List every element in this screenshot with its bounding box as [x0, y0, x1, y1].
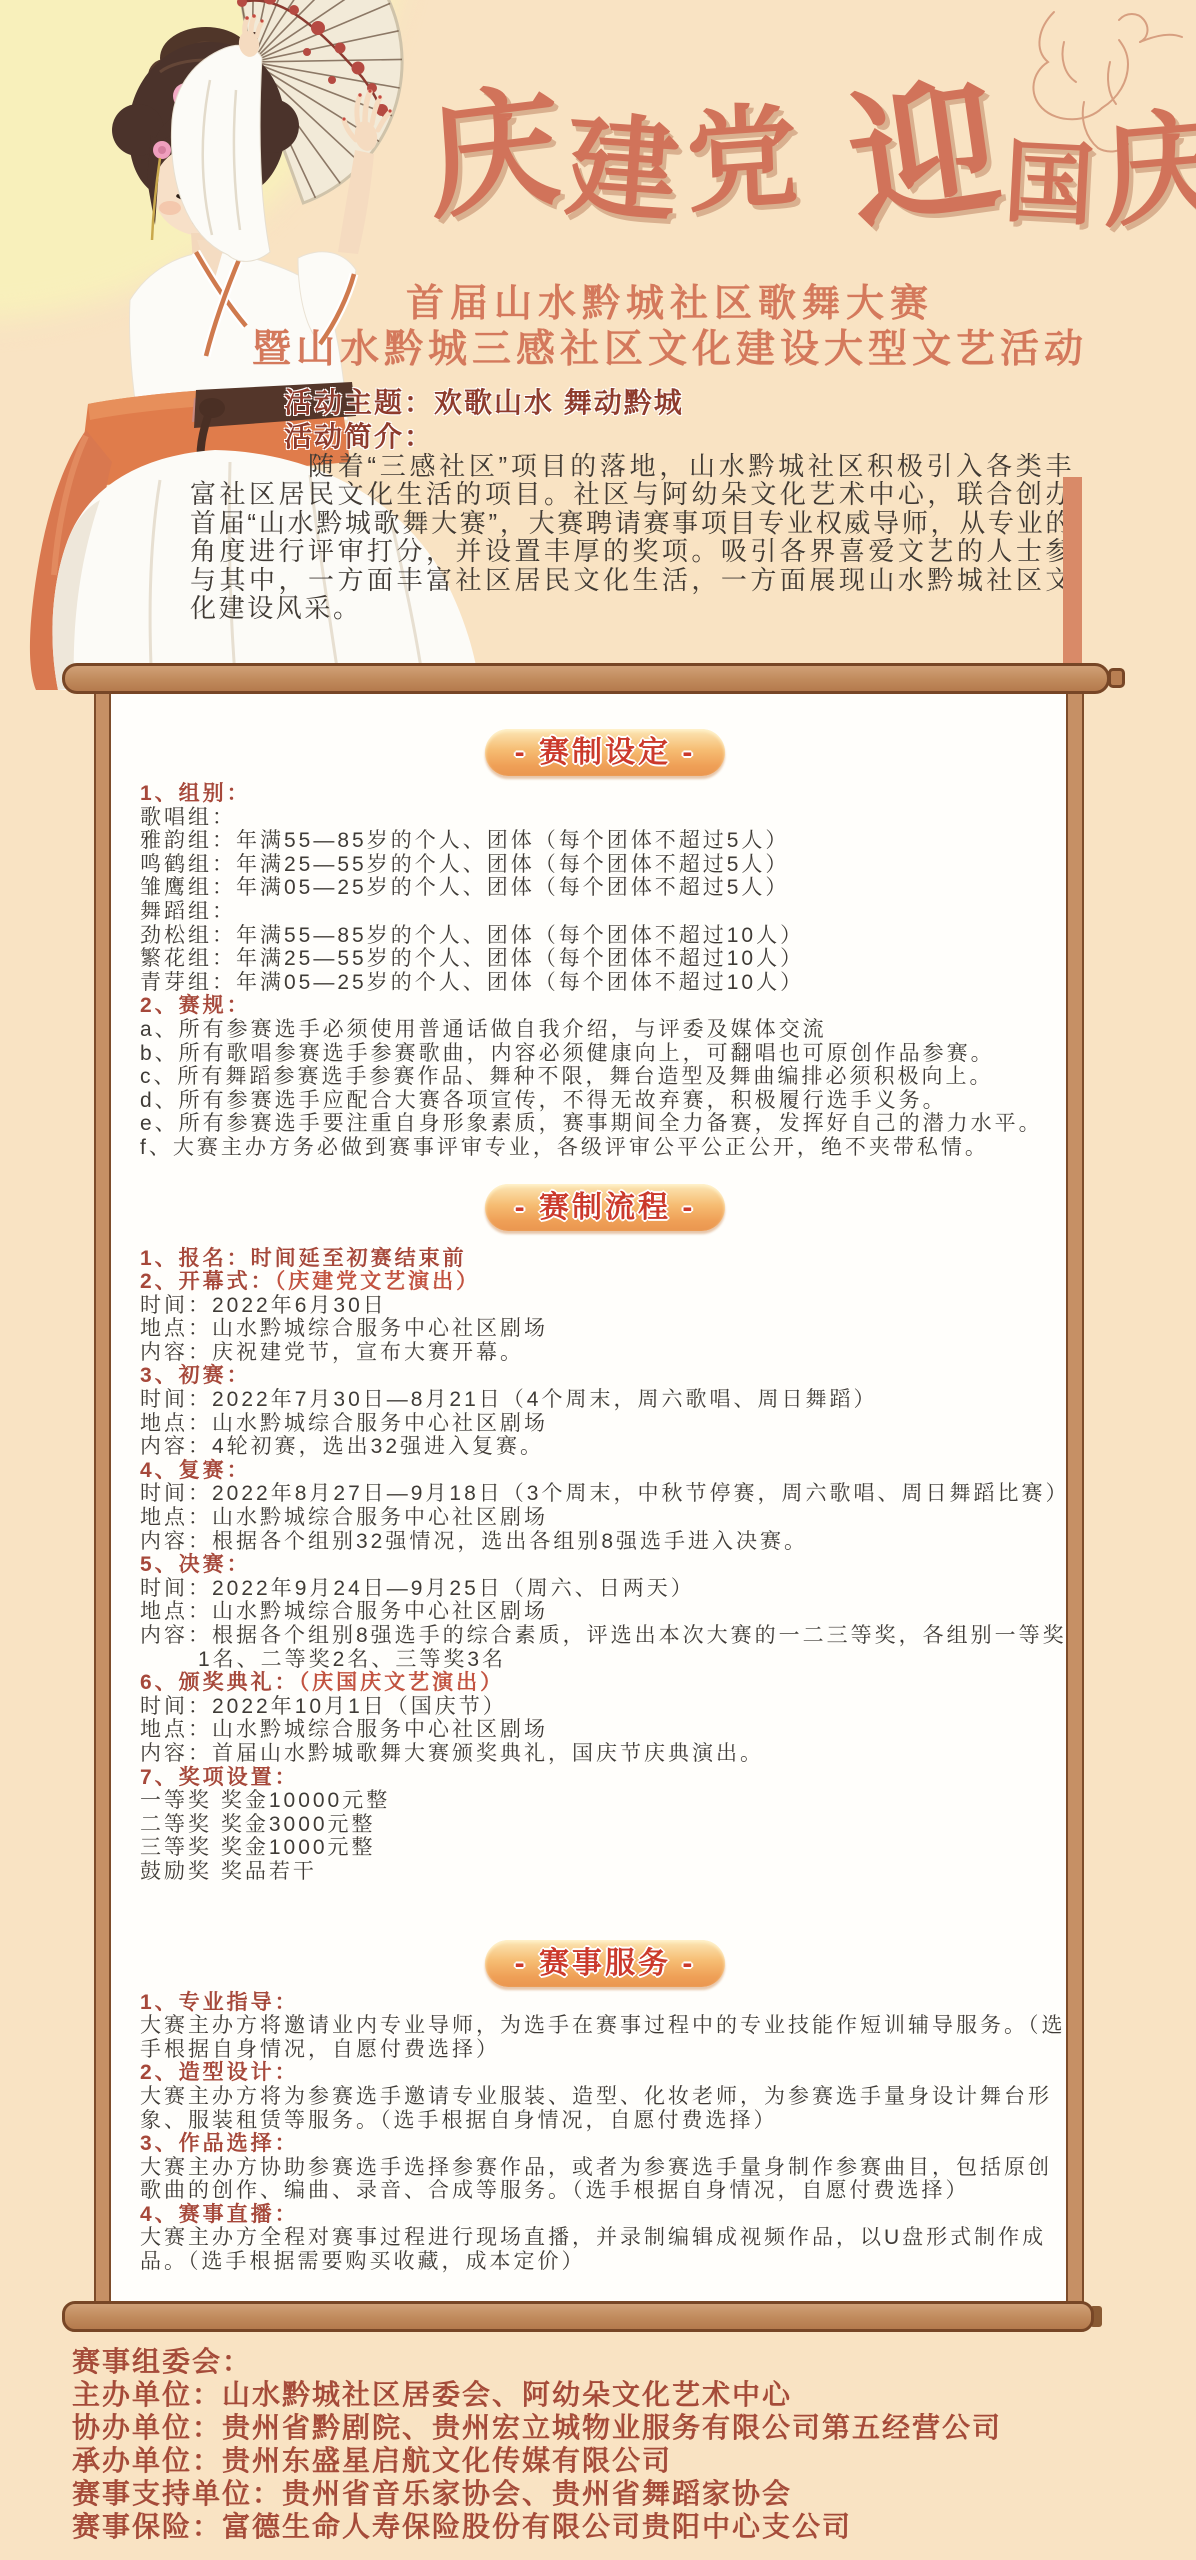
title-char: 国	[1002, 138, 1097, 233]
process-line: 地点：山水黔城综合服务中心社区剧场	[140, 1718, 1070, 1742]
service-body-2: 大赛主办方将为参赛选手邀请专业服装、造型、化妆老师，为参赛选手量身设计舞台形象、…	[140, 2085, 1070, 2132]
insurance-line: 赛事保险：富德生命人寿保险股份有限公司贵阳中心支公司	[72, 2510, 1182, 2543]
process-line: 内容：庆祝建党节，宣布大赛开幕。	[140, 1341, 1070, 1365]
service-body-3: 大赛主办方协助参赛选手选择参赛作品，或者为参赛选手量身制作参赛曲目，包括原创歌曲…	[140, 2156, 1070, 2203]
subtitle-line-1: 首届山水黔城社区歌舞大赛	[190, 281, 1150, 327]
undertaker-line: 承办单位：贵州东盛星启航文化传媒有限公司	[72, 2444, 1182, 2477]
title-char: 庆	[1100, 105, 1196, 236]
process-heading-5: 5、决赛：	[140, 1553, 1070, 1577]
process-heading-1: 1、报名：时间延至初赛结束前	[140, 1247, 1070, 1271]
title-char: 党	[684, 100, 800, 220]
rule-line: c、所有舞蹈参赛选手参赛作品、舞种不限，舞台造型及舞曲编排必须积极向上。	[140, 1065, 1070, 1089]
process-line: 内容：4轮初赛，选出32强进入复赛。	[140, 1435, 1070, 1459]
process-line: 时间：2022年10月1日（国庆节）	[140, 1695, 1070, 1719]
service-body-1: 大赛主办方将邀请业内专业导师，为选手在赛事过程中的专业技能作短训辅导服务。（选手…	[140, 2014, 1070, 2061]
subtitle-line-2: 暨山水黔城三感社区文化建设大型文艺活动	[190, 327, 1150, 373]
title-char: 建	[562, 110, 682, 230]
heading-text: 2、开幕式：	[140, 1270, 275, 1293]
scroll-left-edge	[94, 692, 111, 2303]
heading-text: 6、颁奖典礼：	[140, 1671, 299, 1694]
process-line: 时间：2022年6月30日	[140, 1294, 1070, 1318]
organizer-line: 主办单位：山水黔城社区居委会、阿幼朵文化艺术中心	[72, 2378, 1182, 2411]
sing-group-line: 鸣鹤组：年满25—55岁的个人、团体（每个团体不超过5人）	[140, 853, 1070, 877]
process-heading-3: 3、初赛：	[140, 1364, 1070, 1388]
process-line: 内容：首届山水黔城歌舞大赛颁奖典礼，国庆节庆典演出。	[140, 1742, 1070, 1766]
award-line: 鼓励奖 奖品若干	[140, 1860, 1070, 1884]
dance-group-line: 青芽组：年满05—25岁的个人、团体（每个团体不超过10人）	[140, 971, 1070, 995]
scroll-top-roller	[62, 663, 1110, 694]
heading-note: （庆国庆文艺演出）	[299, 1671, 505, 1694]
support-line: 赛事支持单位：贵州省音乐家协会、贵州省舞蹈家协会	[72, 2477, 1182, 2510]
title-char: 迎	[840, 72, 1007, 239]
poster-root: 庆 建 党 迎 国 庆 首届山水黔城社区歌舞大赛 暨山水黔城三感社区文化建设大型…	[0, 0, 1196, 2560]
process-line: 时间：2022年8月27日—9月18日（3个周末，中秋节停赛，周六歌唱、周日舞蹈…	[140, 1482, 1070, 1506]
title-char: 庆	[424, 80, 564, 228]
scroll-bottom-roller	[62, 2301, 1094, 2332]
rule-line: a、所有参赛选手必须使用普通话做自我介绍，与评委及媒体交流	[140, 1018, 1070, 1042]
service-heading-3: 3、作品选择：	[140, 2132, 1070, 2156]
service-heading-1: 1、专业指导：	[140, 1991, 1070, 2015]
sing-label: 歌唱组：	[140, 806, 1070, 830]
group-heading: 1、组别：	[140, 782, 1070, 806]
service-heading-4: 4、赛事直播：	[140, 2203, 1070, 2227]
process-heading-6: 6、颁奖典礼：（庆国庆文艺演出）	[140, 1671, 1070, 1695]
process-heading-2: 2、开幕式：（庆建党文艺演出）	[140, 1270, 1070, 1294]
process-line: 内容：根据各个组别32强情况，选出各组别8强选手进入决赛。	[140, 1530, 1070, 1554]
sing-group-line: 雏鹰组：年满05—25岁的个人、团体（每个团体不超过5人）	[140, 876, 1070, 900]
intro-label: 活动简介：	[284, 420, 684, 454]
co-organizer-line: 协办单位：贵州省黔剧院、贵州宏立城物业服务有限公司第五经营公司	[72, 2411, 1182, 2444]
theme-block: 活动主题：欢歌山水 舞动黔城 活动简介：	[284, 386, 684, 454]
rule-line: f、大赛主办方务必做到赛事评审专业，各级评审公平公正公开，绝不夹带私情。	[140, 1136, 1070, 1160]
awards-heading: 7、奖项设置：	[140, 1766, 1070, 1790]
dance-group-line: 繁花组：年满25—55岁的个人、团体（每个团体不超过10人）	[140, 947, 1070, 971]
section-badge-setup: - 赛制设定 -	[485, 729, 726, 776]
page-title: 庆 建 党 迎 国 庆	[428, 88, 1196, 230]
rules-heading: 2、赛规：	[140, 994, 1070, 1018]
dance-group-line: 劲松组：年满55—85岁的个人、团体（每个团体不超过10人）	[140, 924, 1070, 948]
section-badge-service: - 赛事服务 -	[485, 1940, 726, 1987]
process-line: 内容：根据各个组别8强选手的综合素质，评选出本次大赛的一二三等奖，各组别一等奖1…	[140, 1624, 1070, 1671]
award-line: 一等奖 奖金10000元整	[140, 1789, 1070, 1813]
scroll-ribbon	[1063, 477, 1082, 673]
scroll-knob	[1108, 668, 1125, 688]
rule-line: b、所有歌唱参赛选手参赛歌曲，内容必须健康向上，可翻唱也可原创作品参赛。	[140, 1042, 1070, 1066]
scroll-content: - 赛制设定 - 1、组别： 歌唱组： 雅韵组：年满55—85岁的个人、团体（每…	[140, 693, 1070, 2274]
sing-group-line: 雅韵组：年满55—85岁的个人、团体（每个团体不超过5人）	[140, 829, 1070, 853]
committee-block: 赛事组委会： 主办单位：山水黔城社区居委会、阿幼朵文化艺术中心 协办单位：贵州省…	[72, 2345, 1182, 2543]
process-heading-4: 4、复赛：	[140, 1459, 1070, 1483]
service-body-4: 大赛主办方全程对赛事过程进行现场直播，并录制编辑成视频作品，以U盘形式制作成品。…	[140, 2226, 1070, 2273]
rule-line: d、所有参赛选手应配合大赛各项宣传，不得无故弃赛，积极履行选手义务。	[140, 1089, 1070, 1113]
process-line: 地点：山水黔城综合服务中心社区剧场	[140, 1506, 1070, 1530]
subtitle-block: 首届山水黔城社区歌舞大赛 暨山水黔城三感社区文化建设大型文艺活动	[190, 281, 1150, 373]
intro-paragraph: 随着“三感社区”项目的落地，山水黔城社区积极引入各类丰富社区居民文化生活的项目。…	[190, 452, 1074, 622]
process-line: 地点：山水黔城综合服务中心社区剧场	[140, 1600, 1070, 1624]
theme-line: 活动主题：欢歌山水 舞动黔城	[284, 386, 684, 420]
process-line: 地点：山水黔城综合服务中心社区剧场	[140, 1412, 1070, 1436]
service-heading-2: 2、造型设计：	[140, 2061, 1070, 2085]
dance-label: 舞蹈组：	[140, 900, 1070, 924]
process-line: 地点：山水黔城综合服务中心社区剧场	[140, 1317, 1070, 1341]
rule-line: e、所有参赛选手要注重自身形象素质，赛事期间全力备赛，发挥好自己的潜力水平。	[140, 1112, 1070, 1136]
process-line: 时间：2022年7月30日—8月21日（4个周末，周六歌唱、周日舞蹈）	[140, 1388, 1070, 1412]
section-badge-process: - 赛制流程 -	[485, 1184, 726, 1231]
committee-title: 赛事组委会：	[72, 2345, 1182, 2378]
process-line: 时间：2022年9月24日—9月25日（周六、日两天）	[140, 1577, 1070, 1601]
award-line: 三等奖 奖金1000元整	[140, 1836, 1070, 1860]
award-line: 二等奖 奖金3000元整	[140, 1813, 1070, 1837]
heading-note: （庆建党文艺演出）	[275, 1270, 481, 1293]
